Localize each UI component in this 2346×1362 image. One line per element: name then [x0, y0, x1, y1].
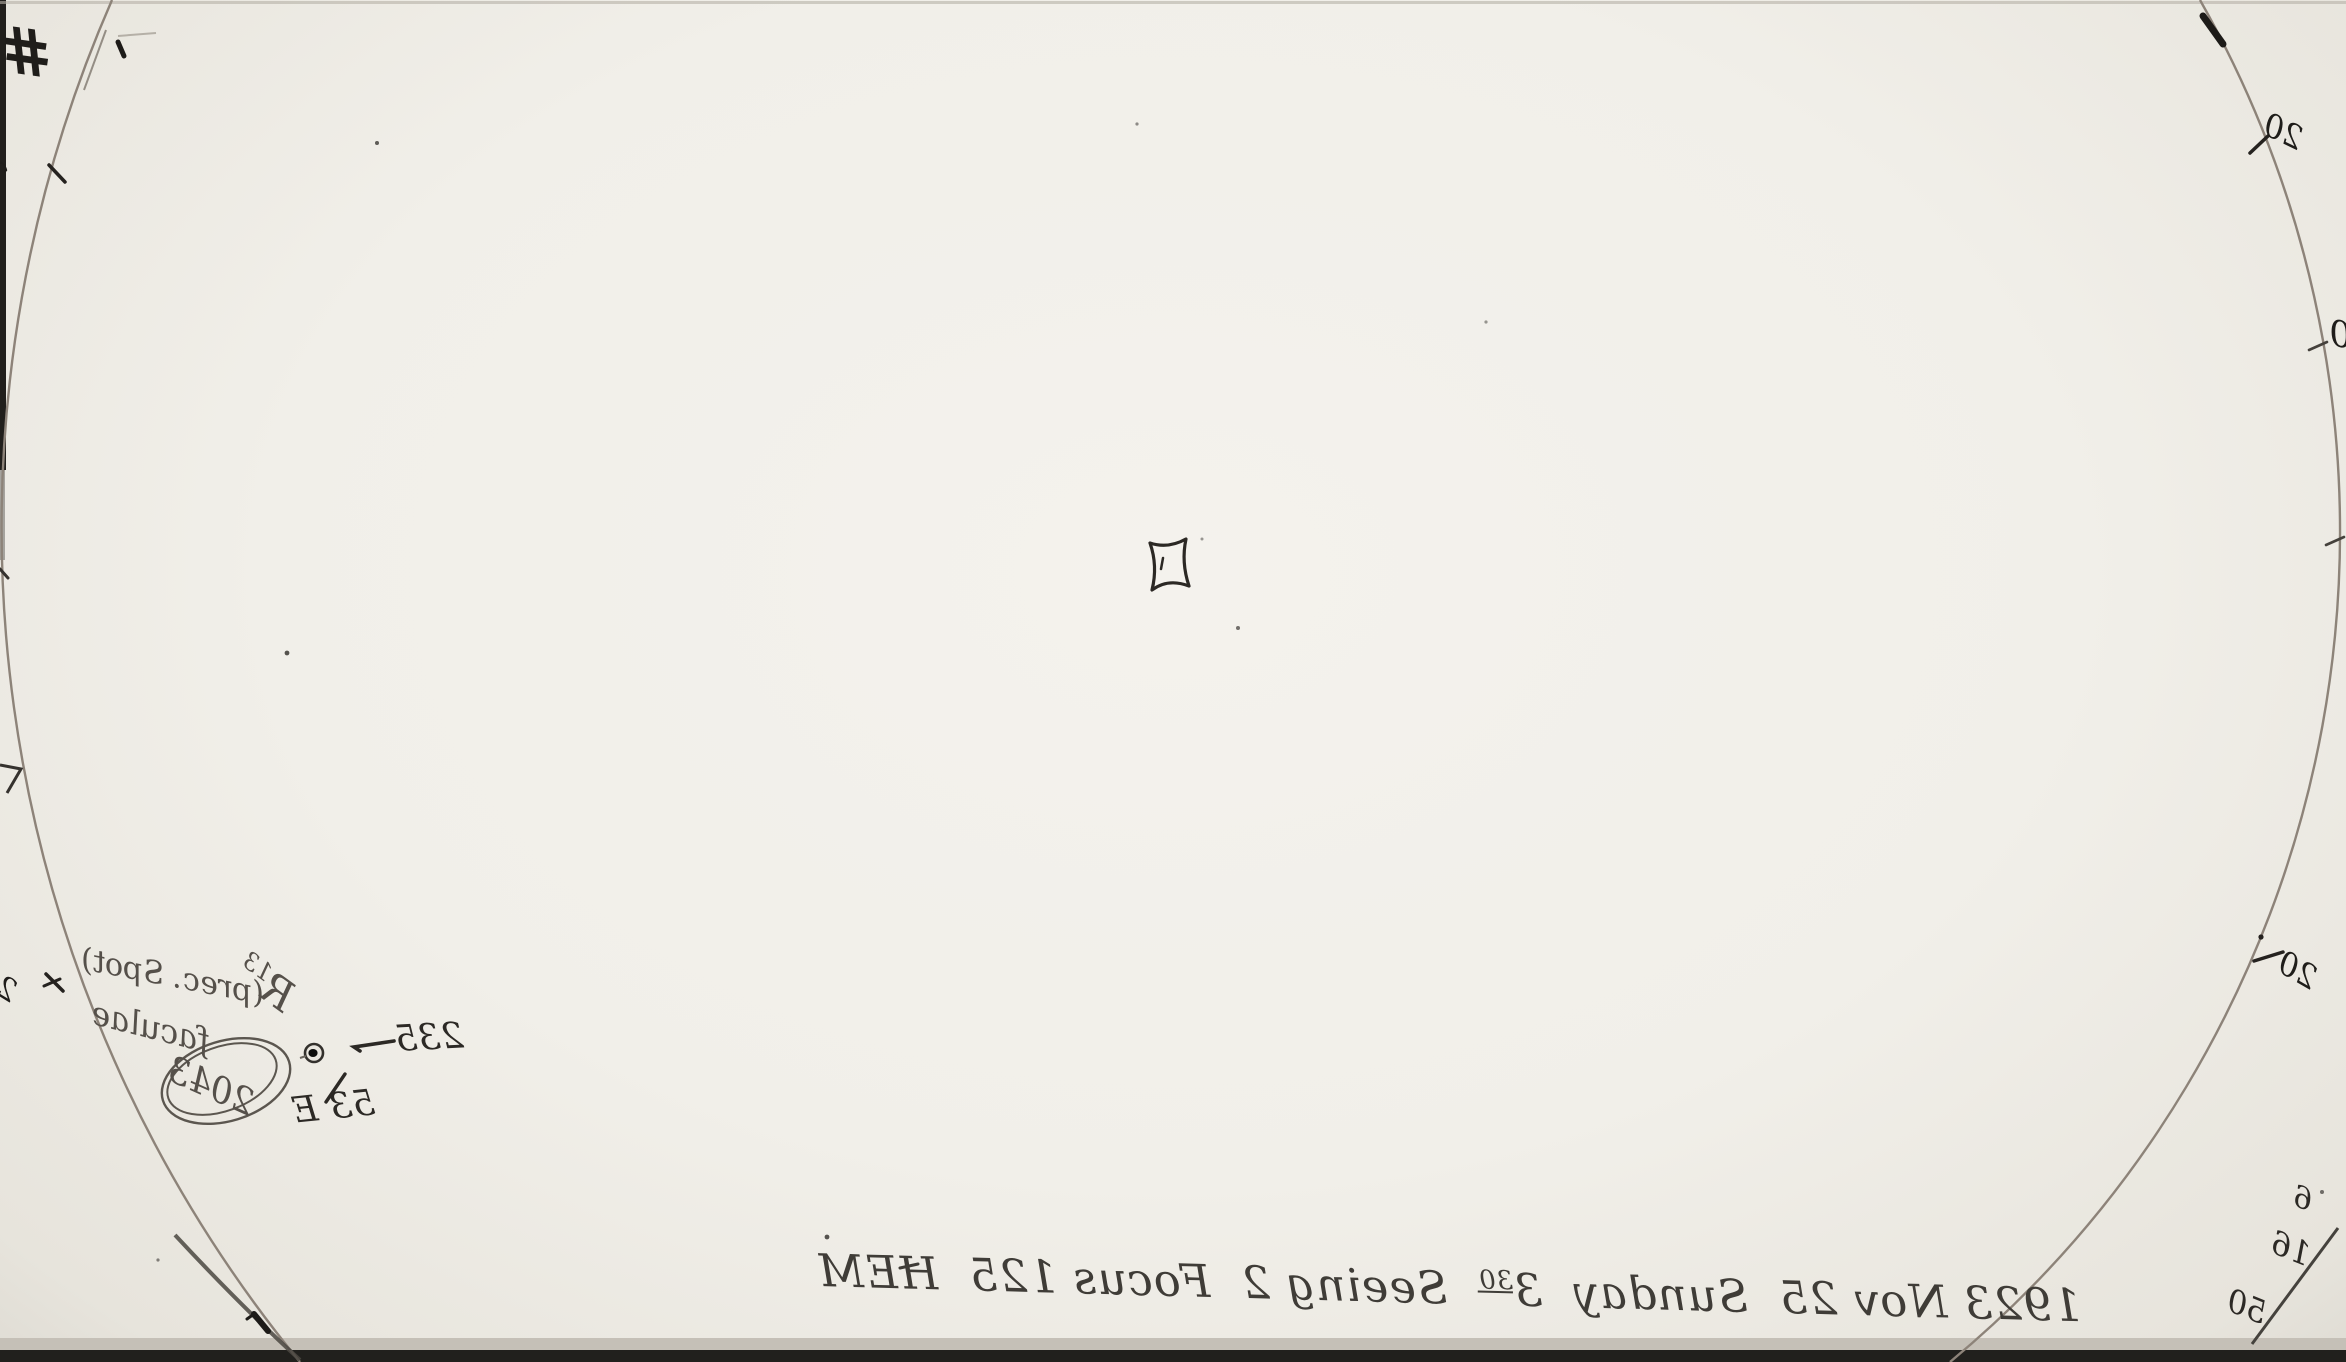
fiducial-square-inner-mark [1161, 558, 1163, 569]
faint-dash-top-left [118, 33, 156, 36]
solar-plate-scan: # 20 20 20 20 0 R13 (prec. Spot) faculae… [0, 0, 2346, 1362]
bottom-gray-band [0, 1338, 2346, 1350]
tick-dot-bottom-right [2258, 934, 2263, 939]
position-label: 53 E [290, 1085, 377, 1130]
ink-comma-top-left [118, 42, 124, 56]
plate-drawing-layer [0, 0, 2346, 1362]
caption-day: Sunday [1572, 1265, 1749, 1323]
caption-time: 330 [1477, 1262, 1543, 1317]
bottom-dark-band [0, 1350, 2346, 1362]
photo-specks [156, 122, 2324, 1261]
tick-left-mid-seven-shape [0, 765, 21, 793]
caption-observer: HEM [817, 1244, 940, 1300]
caption-focus: Focus 125 [968, 1248, 1212, 1308]
latitude-tick-top-left [49, 165, 65, 182]
measure-label: 235 [394, 1018, 465, 1058]
caption-date: 1923 Nov 25 [1778, 1271, 2083, 1332]
limb-heavy-stroke-flick [247, 1314, 254, 1319]
sunspot-umbra [308, 1049, 317, 1057]
top-edge-line [0, 1, 2346, 4]
left-limb-arc [2, 0, 300, 1362]
limb-heavy-stroke-bottom-left [254, 1314, 268, 1331]
hash-mark: # [0, 18, 57, 89]
right-limb-arc [1950, 0, 2340, 1362]
fiducial-square [1150, 539, 1189, 590]
limb-heavy-stroke-top-right [2203, 16, 2223, 44]
spot-pointer-dash [354, 1041, 394, 1051]
caption-seeing: Seeing 2 [1240, 1256, 1449, 1315]
